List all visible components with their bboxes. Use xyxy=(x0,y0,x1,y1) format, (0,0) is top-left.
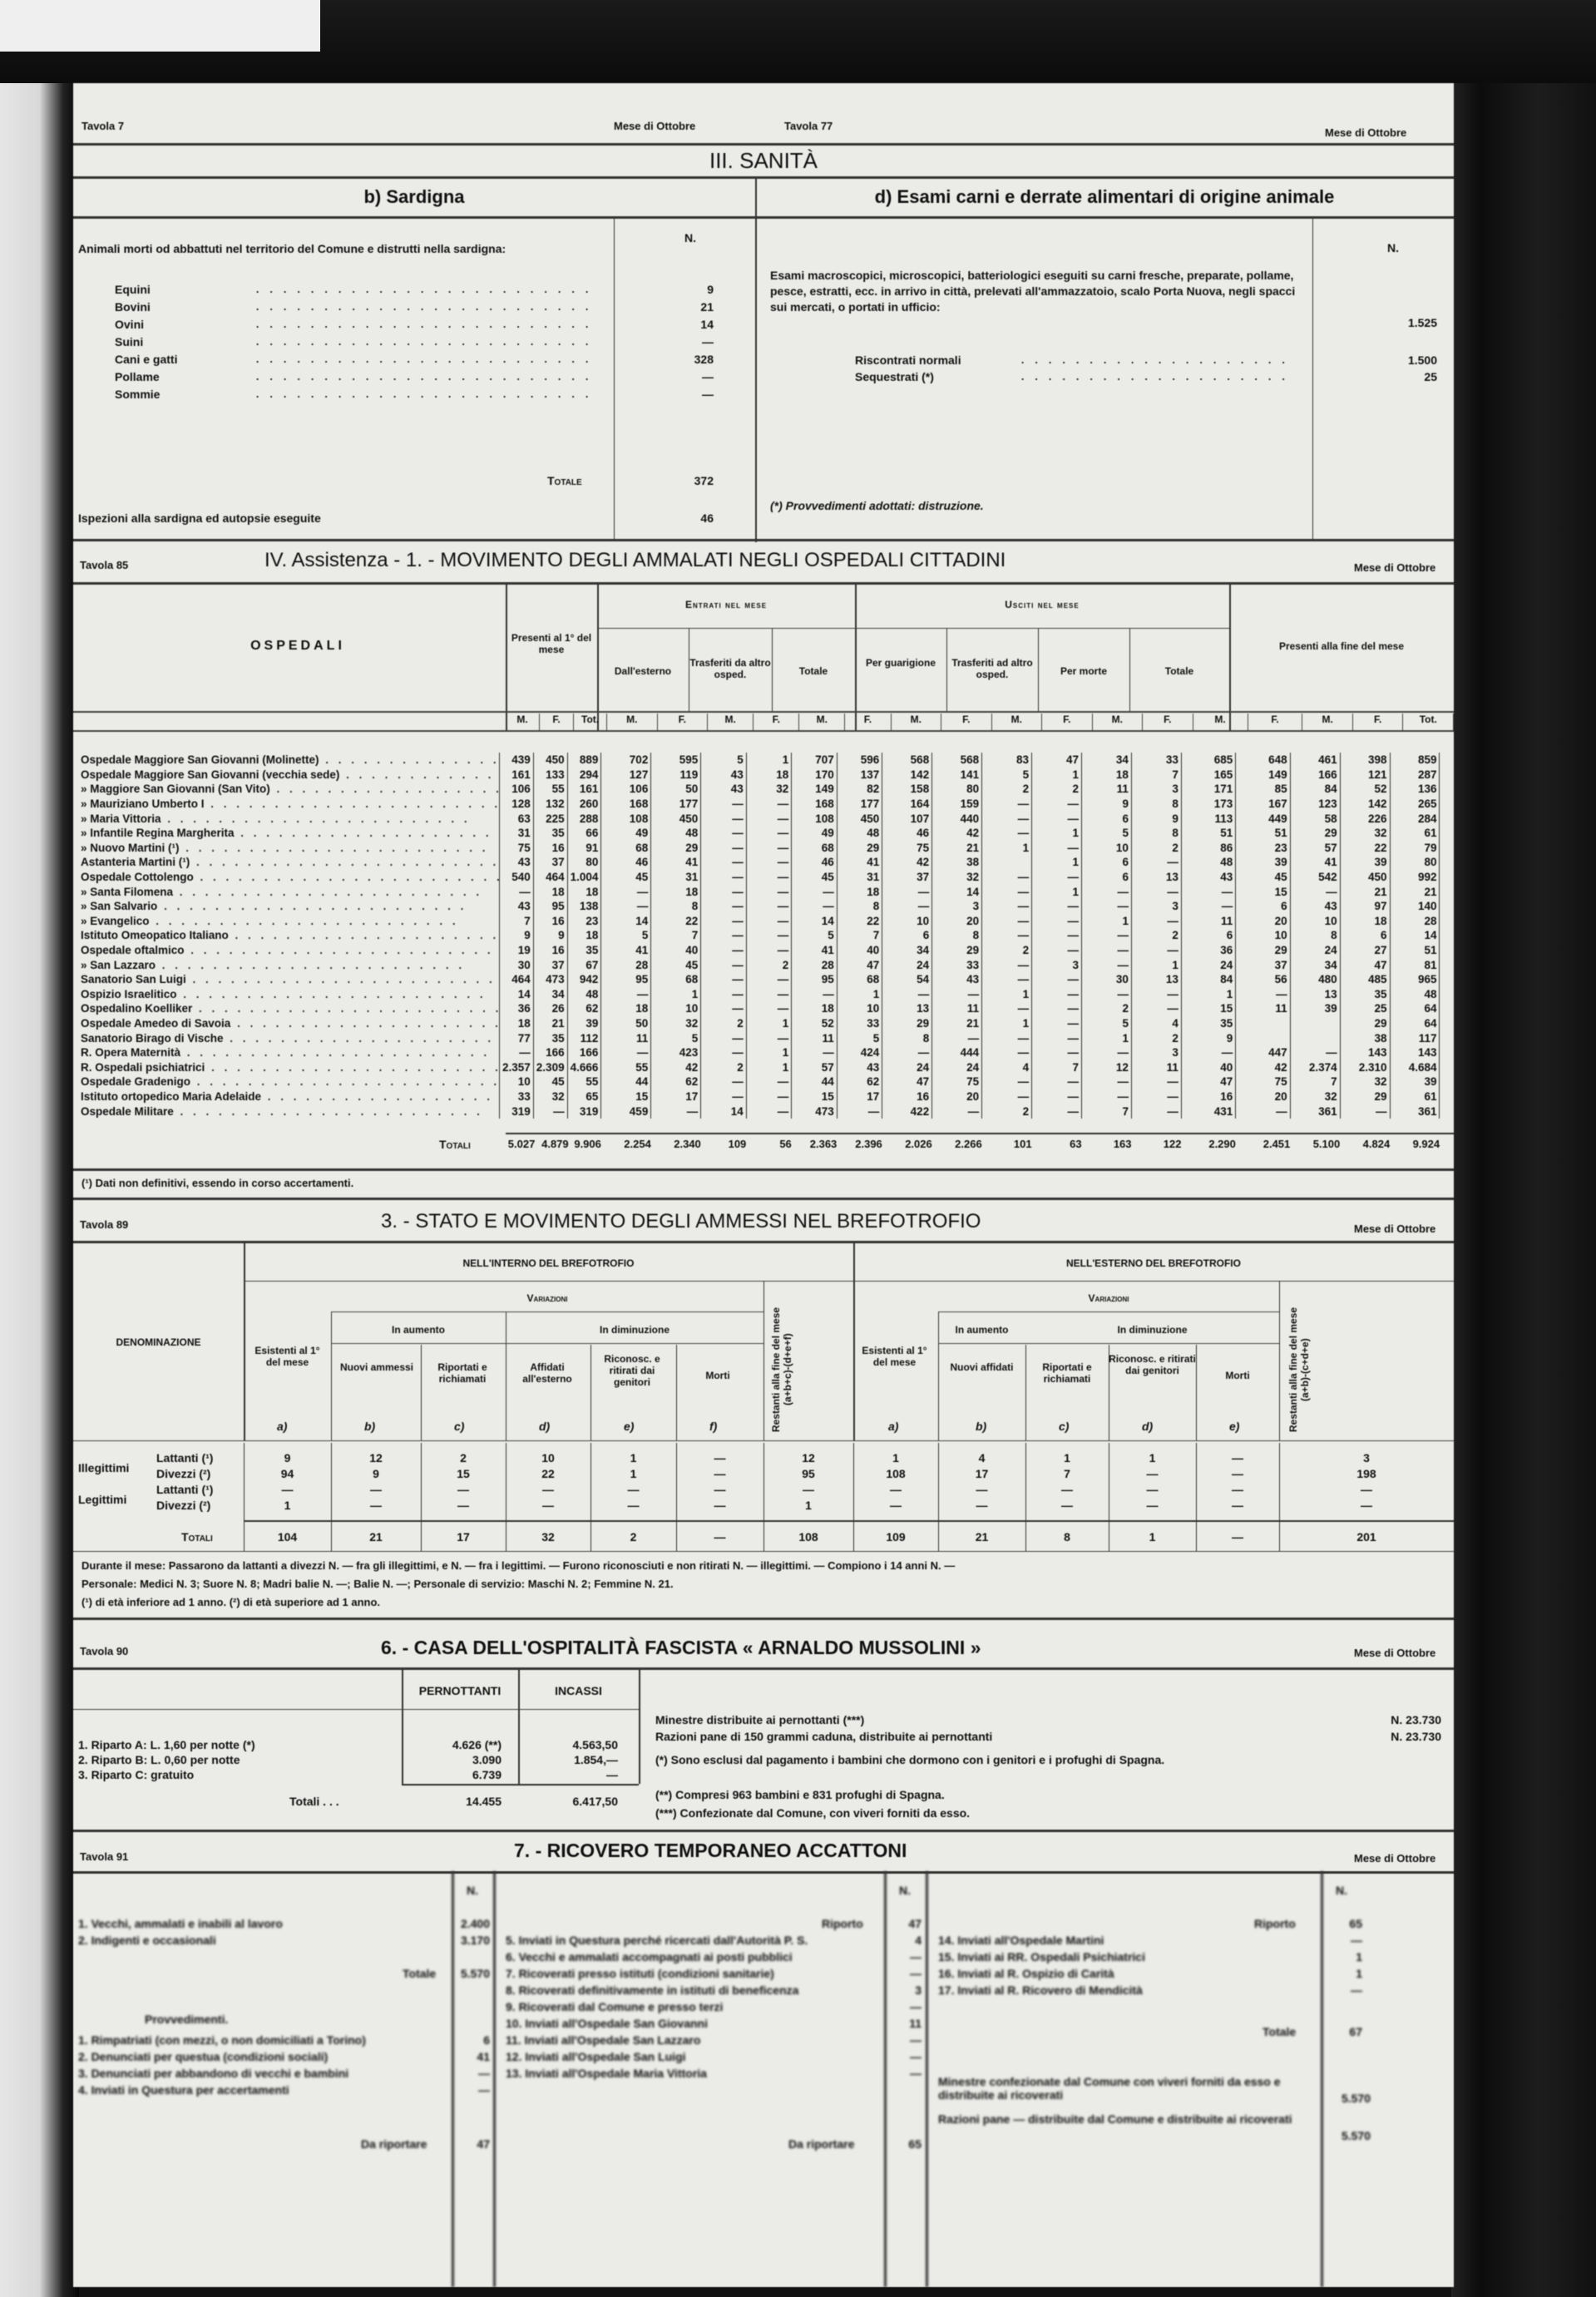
ospitalita-side-value: N. 23.730 xyxy=(1321,1730,1441,1743)
hospital-value: 142 xyxy=(882,768,932,783)
bref-value: — xyxy=(938,1483,1025,1496)
total-value: 5.027 xyxy=(506,1138,535,1150)
hospital-value: 33 xyxy=(932,957,982,972)
acc-left-riportare-label: Da riportare xyxy=(361,2137,427,2151)
hospital-value: 450 xyxy=(533,753,567,768)
hospital-name: Ospedale Maggiore San Giovanni (vecchia … xyxy=(78,768,500,783)
hospital-value: — xyxy=(1082,957,1132,972)
hospital-value: — xyxy=(1236,987,1290,1002)
hospital-value: — xyxy=(746,826,792,841)
acc-mid-label: 11. Inviati all'Ospedale San Lazzaro xyxy=(506,2033,880,2047)
hospital-value: 7 xyxy=(837,928,882,943)
hospital-value: 2.309 xyxy=(533,1060,567,1074)
acc-mid-label: 6. Vecchi e ammalati accompagnati ai pos… xyxy=(506,1950,880,1964)
dot-leader: . . . . . . . . . . . . . . . . . . . . … xyxy=(256,388,597,401)
acc-mid-label: 9. Ricoverati dal Comune e presso terzi xyxy=(506,2000,880,2013)
ospitalita-row-pernottanti: 4.626 (**) xyxy=(402,1738,502,1751)
hospital-value: — xyxy=(651,1104,701,1119)
esami-intro-value: 1.525 xyxy=(1354,316,1437,329)
dot-leader: . . . . . . . . . . . . . . . . . . . . … xyxy=(177,988,487,1000)
hospital-value: 9 xyxy=(1181,1030,1235,1045)
hospital-value: 42 xyxy=(1236,1060,1290,1074)
hospital-name: Istituto ortopedico Maria Adelaide . . .… xyxy=(78,1089,500,1104)
bref-value: — xyxy=(506,1499,590,1512)
hospital-value: 50 xyxy=(601,1016,651,1031)
hospital-value: 6 xyxy=(1181,928,1235,943)
col-letter: d) xyxy=(539,1420,550,1433)
hospital-value: 47 xyxy=(837,957,882,972)
ospitalita-row-pernottanti: 3.090 xyxy=(402,1753,502,1766)
acc-mid-label: 5. Inviati in Questura perché ricercati … xyxy=(506,1934,880,1947)
hospital-value: 39 xyxy=(1340,855,1390,870)
hospital-value: — xyxy=(1131,1104,1181,1119)
hospital-value: 43 xyxy=(1290,899,1340,914)
hospital-value: 10 xyxy=(651,1001,701,1016)
hospital-value: — xyxy=(1032,943,1082,958)
hospital-value: 46 xyxy=(882,826,932,841)
hospital-value: 2.374 xyxy=(1290,1060,1340,1074)
bref-value: 1 xyxy=(763,1499,853,1512)
hospital-row: Istituto Omeopatico Italiano . . . . . .… xyxy=(78,928,1440,943)
hospital-value: 2 xyxy=(982,943,1032,958)
hospital-value: 47 xyxy=(1340,957,1390,972)
hospital-row: Ospedale Maggiore San Giovanni (Molinett… xyxy=(78,753,1440,768)
hospital-value: 29 xyxy=(1340,1016,1390,1031)
hospital-value: 43 xyxy=(932,972,982,987)
bref-value: — xyxy=(676,1451,763,1465)
acc-mid-value: — xyxy=(884,2033,922,2047)
ospitalita-total-pernottanti: 14.455 xyxy=(402,1795,502,1808)
acc-prov-value: 6 xyxy=(444,2033,490,2047)
hospital-value: 43 xyxy=(837,1060,882,1074)
hospital-value: 36 xyxy=(1181,943,1235,958)
hospital-value: 40 xyxy=(837,943,882,958)
hospital-name: Istituto Omeopatico Italiano . . . . . .… xyxy=(78,928,500,943)
provvedimenti-title: Provvedimenti. xyxy=(145,2013,228,2026)
hospital-value: 1 xyxy=(1032,826,1082,841)
acc-mid-value: — xyxy=(884,2050,922,2063)
acc-left-riportare-value: 47 xyxy=(444,2137,490,2151)
hospital-value: 22 xyxy=(1340,841,1390,856)
hospital-value: 226 xyxy=(1340,811,1390,826)
hospital-value: — xyxy=(882,1045,932,1060)
hospital-value: 41 xyxy=(837,855,882,870)
total-value: 2.266 xyxy=(936,1138,982,1150)
acc-mid-value: 4 xyxy=(884,1934,922,1947)
hospital-value: 10 xyxy=(837,1001,882,1016)
bref-value: — xyxy=(421,1499,506,1512)
mf-label: F. xyxy=(1248,714,1303,730)
hospital-value: — xyxy=(982,899,1032,914)
esistenti-int: Esistenti al 1° del mese xyxy=(248,1345,327,1368)
hospital-value: — xyxy=(1131,1089,1181,1104)
total-value: 2.340 xyxy=(655,1138,701,1150)
hospital-value: — xyxy=(982,1030,1032,1045)
totals-label: Totali xyxy=(439,1138,471,1151)
hospital-value: 7 xyxy=(500,914,534,929)
hospital-value: 18 xyxy=(651,884,701,899)
hospital-value: 47 xyxy=(1181,1074,1235,1089)
acc-right-note: Minestre confezionate dal Comune con viv… xyxy=(938,2075,1312,2102)
bref-value: — xyxy=(853,1499,938,1512)
hospital-value: — xyxy=(1032,797,1082,812)
bref-value: 95 xyxy=(763,1467,853,1480)
hospital-value: 55 xyxy=(567,1074,601,1089)
hospital-value: 83 xyxy=(982,753,1032,768)
hospital-value: 28 xyxy=(601,957,651,972)
hospital-value xyxy=(1290,1016,1340,1031)
accattoni-title: 7. - RICOVERO TEMPORANEO ACCATTONI xyxy=(514,1840,907,1862)
hospital-value: 143 xyxy=(1340,1045,1390,1060)
bref-value: — xyxy=(590,1483,676,1496)
hospital-value: 51 xyxy=(1390,943,1440,958)
bref-value: 3 xyxy=(1279,1451,1454,1465)
mf-label: F. xyxy=(845,714,891,730)
hospital-value: 32 xyxy=(746,782,792,797)
hospital-value: 62 xyxy=(837,1074,882,1089)
hospital-value: — xyxy=(1181,884,1235,899)
hospital-value: 1 xyxy=(1032,884,1082,899)
bref-value: — xyxy=(1025,1499,1109,1512)
bref-value: 7 xyxy=(1025,1467,1109,1480)
total-value: 109 xyxy=(705,1138,747,1150)
bref-value: — xyxy=(938,1499,1025,1512)
hospital-value: 67 xyxy=(567,957,601,972)
hospital-value: 37 xyxy=(533,855,567,870)
hospital-value: 166 xyxy=(1290,768,1340,783)
scan-right-margin xyxy=(1451,83,1596,2297)
ospitalita-row-label: 3. Riparto C: gratuito xyxy=(78,1768,194,1781)
hospital-value: 149 xyxy=(792,782,838,797)
dot-leader: . . . . . . . . . . . . . . . . . . . . … xyxy=(230,1017,499,1030)
hospital-row: » Mauriziano Umberto I . . . . . . . . .… xyxy=(78,797,1440,812)
hospital-value: — xyxy=(701,899,747,914)
bref-value: 1 xyxy=(1025,1451,1109,1465)
hospital-value: 168 xyxy=(601,797,651,812)
hospital-value: 35 xyxy=(533,826,567,841)
acc-mid-label: 13. Inviati all'Ospedale Maria Vittoria xyxy=(506,2067,880,2080)
hospital-value: — xyxy=(882,899,932,914)
hospital-value: 18 xyxy=(500,1016,534,1031)
bref-value: — xyxy=(1196,1451,1279,1465)
hospital-value: 106 xyxy=(601,782,651,797)
col-denominazione: DENOMINAZIONE xyxy=(73,1336,244,1348)
dot-leader: . . . . . . . . . . . . . . . . . . . . … xyxy=(192,1002,499,1015)
hospital-value: 8 xyxy=(1131,797,1181,812)
hospital-value: 21 xyxy=(1390,884,1440,899)
hospital-value: 10 xyxy=(1082,841,1132,856)
bref-value: — xyxy=(1109,1467,1196,1480)
hospital-value: 29 xyxy=(651,841,701,856)
hospital-value: 16 xyxy=(533,943,567,958)
hospital-name: » Maria Vittoria . . . . . . . . . . . .… xyxy=(78,811,500,826)
hospital-value: 542 xyxy=(1290,870,1340,885)
hospital-value: 18 xyxy=(567,928,601,943)
accattoni-month: Mese di Ottobre xyxy=(1354,1852,1435,1865)
mf-label: F. xyxy=(540,714,574,730)
hospital-value: 18 xyxy=(837,884,882,899)
hospital-value: 48 xyxy=(651,826,701,841)
col-ospedali: OSPEDALI xyxy=(90,640,506,652)
acc-mid-label: 8. Ricoverati definitivamente in istitut… xyxy=(506,1983,880,1997)
esami-intro: Esami macroscopici, microscopici, batter… xyxy=(770,268,1302,315)
hospital-value: 30 xyxy=(1082,972,1132,987)
ospedali-footnote: (¹) Dati non definitivi, essendo in cors… xyxy=(82,1177,353,1189)
hospital-value: 11 xyxy=(792,1030,838,1045)
total-value: 122 xyxy=(1136,1138,1182,1150)
bref-total-value: 108 xyxy=(763,1530,853,1544)
hospital-value: 319 xyxy=(500,1104,534,1119)
total-value: 2.363 xyxy=(796,1138,838,1150)
hospital-value: 132 xyxy=(533,797,567,812)
group-esterno: NELL'ESTERNO DEL BREFOTROFIO xyxy=(853,1257,1454,1269)
acc-mid-riporto-label: Riporto xyxy=(822,1917,863,1930)
hospital-value: 33 xyxy=(837,1016,882,1031)
sub-morte: Per morte xyxy=(1038,665,1129,677)
hospital-value: 459 xyxy=(601,1104,651,1119)
hospital-value: 2 xyxy=(1131,928,1181,943)
hospital-name-text: Istituto Omeopatico Italiano xyxy=(81,929,229,941)
brefotrofio-totals: Totali1042117322—1081092181—201 xyxy=(73,1530,1454,1547)
hospital-value: 450 xyxy=(837,811,882,826)
hospital-value: 4.666 xyxy=(567,1060,601,1074)
hospital-value: 127 xyxy=(601,768,651,783)
hospital-value: 32 xyxy=(1340,1074,1390,1089)
bref-value: — xyxy=(1109,1499,1196,1512)
hospital-value: 461 xyxy=(1290,753,1340,768)
hospital-value: 14 xyxy=(701,1104,747,1119)
hospital-value: 20 xyxy=(1236,1089,1290,1104)
acc-mid-value: — xyxy=(884,1967,922,1980)
hospital-name: » San Salvario . . . . . . . . . . . . .… xyxy=(78,899,500,914)
hospital-value: 35 xyxy=(1340,987,1390,1002)
acc-left-label: 2. Indigenti e occasionali xyxy=(78,1934,216,1947)
hospital-value: — xyxy=(1032,1074,1082,1089)
hospital-value: — xyxy=(701,914,747,929)
esami-row-label: Sequestrati (*) xyxy=(855,370,934,383)
hospital-value: 288 xyxy=(567,811,601,826)
hospital-value: 287 xyxy=(1390,768,1440,783)
hospital-value: — xyxy=(1032,1030,1082,1045)
hospital-value: 18 xyxy=(1340,914,1390,929)
ospitalita-side-label: Minestre distribuite ai pernottanti (***… xyxy=(655,1713,864,1726)
hospital-value: 284 xyxy=(1390,811,1440,826)
bref-value: 1 xyxy=(590,1467,676,1480)
hospital-value: 62 xyxy=(567,1001,601,1016)
hospital-row: Ospedale Maggiore San Giovanni (vecchia … xyxy=(78,768,1440,783)
bref-total-value: 8 xyxy=(1025,1530,1109,1544)
hospital-value: 1 xyxy=(1082,914,1132,929)
mf-label: F. xyxy=(658,714,709,730)
hospital-value: 319 xyxy=(567,1104,601,1119)
hospital-value: 159 xyxy=(932,797,982,812)
hospital-value: 265 xyxy=(1390,797,1440,812)
hospital-value: — xyxy=(1082,987,1132,1002)
hospital-value: 2 xyxy=(1131,841,1181,856)
hospital-value: 77 xyxy=(500,1030,534,1045)
hospital-value: — xyxy=(746,914,792,929)
hospital-value: 439 xyxy=(500,753,534,768)
hospital-value: — xyxy=(1032,1001,1082,1016)
total-value: 163 xyxy=(1086,1138,1132,1150)
hospital-value: 4 xyxy=(1131,1016,1181,1031)
hospital-value: — xyxy=(982,972,1032,987)
hospital-value: 965 xyxy=(1390,972,1440,987)
hospital-row: Ospizio Israelitico . . . . . . . . . . … xyxy=(78,987,1440,1002)
acc-right-note-value: 5.570 xyxy=(1321,2092,1371,2105)
hospital-value: 27 xyxy=(1340,943,1390,958)
hospital-value: 75 xyxy=(882,841,932,856)
hospital-value: 166 xyxy=(567,1045,601,1060)
hospital-value: 142 xyxy=(1340,797,1390,812)
hospital-value: 9 xyxy=(1082,797,1132,812)
bref-value: 1 xyxy=(1109,1451,1196,1465)
hospital-value: 7 xyxy=(651,928,701,943)
hospital-name: Ospedale oftalmico . . . . . . . . . . .… xyxy=(78,943,500,958)
hospital-value: 5 xyxy=(651,1030,701,1045)
hospital-name: » Nuovo Martini (¹) . . . . . . . . . . … xyxy=(78,841,500,856)
hospital-value: 480 xyxy=(1290,972,1340,987)
hospital-value: 6 xyxy=(1082,811,1132,826)
hospital-value: 86 xyxy=(1181,841,1235,856)
col-letter: e) xyxy=(624,1420,634,1433)
hospital-value: 84 xyxy=(1290,782,1340,797)
sub-trasferiti-ad: Trasferiti ad altro osped. xyxy=(946,657,1038,680)
acc-prov-value: — xyxy=(444,2067,490,2080)
left-month-label: Mese di Ottobre xyxy=(614,120,695,132)
hospital-value: 43 xyxy=(701,782,747,797)
col-letter: e) xyxy=(1229,1420,1239,1433)
hospital-name-text: R. Ospedali psichiatrici xyxy=(81,1061,205,1074)
bref-value: 1 xyxy=(244,1499,331,1512)
sardigna-row-label: Pollame xyxy=(115,370,160,383)
hospital-value: 2.357 xyxy=(500,1060,534,1074)
hospital-value: 95 xyxy=(792,972,838,987)
hospital-value: 568 xyxy=(882,753,932,768)
accattoni-n-mid: N. xyxy=(884,1884,926,1897)
dot-leader: . . . . . . . . . . . . . . . . . . . . … xyxy=(229,929,500,941)
mf-label: F. xyxy=(1042,714,1093,730)
total-value: 9.906 xyxy=(573,1138,601,1150)
hospital-value: — xyxy=(932,987,982,1002)
hospital-value: — xyxy=(792,899,838,914)
hospital-row: Ospedale Cottolengo . . . . . . . . . . … xyxy=(78,870,1440,885)
hospital-name-text: Ospedale Gradenigo xyxy=(81,1075,190,1088)
hospital-value: 11 xyxy=(932,1001,982,1016)
accattoni-n-left: N. xyxy=(452,1884,493,1897)
hospital-value: 29 xyxy=(1236,943,1290,958)
hospital-value: — xyxy=(746,899,792,914)
hospital-value: — xyxy=(1032,914,1082,929)
hospital-row: Ospedale Militare . . . . . . . . . . . … xyxy=(78,1104,1440,1119)
hospital-value: 108 xyxy=(792,811,838,826)
hospital-value: 28 xyxy=(792,957,838,972)
hospital-value: 18 xyxy=(601,1001,651,1016)
hospital-value: — xyxy=(533,1104,567,1119)
hospital-value: — xyxy=(982,957,1032,972)
ospitalita-side-value: N. 23.730 xyxy=(1321,1713,1441,1726)
hospital-value: 36 xyxy=(500,1001,534,1016)
dot-leader: . . . . . . . . . . . . . . . . . . . . … xyxy=(224,1032,500,1045)
hospital-value: 225 xyxy=(533,811,567,826)
hospital-value: — xyxy=(1032,811,1082,826)
hospital-value: — xyxy=(701,972,747,987)
ospitalita-row-incassi: — xyxy=(518,1768,618,1781)
sub-totale-entrati: Totale xyxy=(772,665,855,677)
hospital-value: 18 xyxy=(567,884,601,899)
sardigna-row-label: Sommie xyxy=(115,388,160,401)
hospital-name-text: » Santa Filomena xyxy=(81,886,173,898)
hospital-value: — xyxy=(701,957,747,972)
hospital-value: 20 xyxy=(1236,914,1290,929)
variazioni-est: Variazioni xyxy=(938,1292,1279,1304)
hospital-value: 123 xyxy=(1290,797,1340,812)
hospital-row: » Infantile Regina Margherita . . . . . … xyxy=(78,826,1440,841)
dot-leader: . . . . . . . . . . . . . . . . . . . . … xyxy=(156,959,465,971)
hospital-value: — xyxy=(982,914,1032,929)
hospital-value: — xyxy=(746,841,792,856)
hospital-value: — xyxy=(1082,1045,1132,1060)
hospital-value: 540 xyxy=(500,870,534,885)
hospital-value: 47 xyxy=(1032,753,1082,768)
mf-header-row: M.F.Tot.M.F.M.F.M.F.M.F.M.F.M.F.M.F.M.F.… xyxy=(506,714,1454,730)
hospital-value: 31 xyxy=(500,826,534,841)
hospital-value: 141 xyxy=(932,768,982,783)
hospital-value: — xyxy=(500,1045,534,1060)
hospital-value: 473 xyxy=(792,1104,838,1119)
ospitalita-row-label: 1. Riparto A: L. 1,60 per notte (*) xyxy=(78,1738,255,1751)
hospital-value: — xyxy=(701,943,747,958)
hospital-value: — xyxy=(701,797,747,812)
dot-leader: . . . . . . . . . . . . . . . . . . . . … xyxy=(186,973,496,985)
hospital-value: 3 xyxy=(932,899,982,914)
hospital-value: — xyxy=(1082,928,1132,943)
hospital-value: 449 xyxy=(1236,811,1290,826)
mf-label: M. xyxy=(992,714,1043,730)
hospital-value: 68 xyxy=(651,972,701,987)
ospedali-header: OSPEDALI Presenti al 1° del mese Entrati… xyxy=(73,582,1454,732)
hospital-value: — xyxy=(1131,943,1181,958)
sardigna-row-label: Suini xyxy=(115,335,143,348)
hospital-value: — xyxy=(746,797,792,812)
total-value: 63 xyxy=(1036,1138,1082,1150)
hospital-value: 2.310 xyxy=(1340,1060,1390,1074)
hospital-value: — xyxy=(1181,1045,1235,1060)
dot-leader: . . . . . . . . . . . . . . . . . . . . … xyxy=(256,283,597,296)
hospital-value: — xyxy=(1032,1045,1082,1060)
hospital-value: — xyxy=(982,928,1032,943)
ospedali-totals-row: Totali5.0274.8799.9062.2542.340109562.36… xyxy=(73,1138,1454,1154)
hospital-value: 45 xyxy=(1236,870,1290,885)
hospital-value: 1 xyxy=(1032,855,1082,870)
bref-value: — xyxy=(1196,1467,1279,1480)
hospital-value: 55 xyxy=(601,1060,651,1074)
sardigna-row-value: — xyxy=(630,335,714,348)
hospital-value: 18 xyxy=(746,768,792,783)
dot-leader: . . . . . . . . . . . . . . . . . . . . … xyxy=(256,318,597,331)
brefotrofio-title: 3. - STATO E MOVIMENTO DEGLI AMMESSI NEL… xyxy=(381,1210,981,1233)
hospital-value: 15 xyxy=(1236,884,1290,899)
hospital-value: 41 xyxy=(792,943,838,958)
hospital-value: 95 xyxy=(601,972,651,987)
hospital-value: 51 xyxy=(1236,826,1290,841)
hospital-value: 128 xyxy=(500,797,534,812)
hospital-value: 55 xyxy=(533,782,567,797)
hospital-value: 80 xyxy=(1390,855,1440,870)
sardigna-row-label: Bovini xyxy=(115,300,151,314)
hospital-value: 447 xyxy=(1236,1045,1290,1060)
sardigna-ispezioni-label: Ispezioni alla sardigna ed autopsie eseg… xyxy=(78,511,321,525)
